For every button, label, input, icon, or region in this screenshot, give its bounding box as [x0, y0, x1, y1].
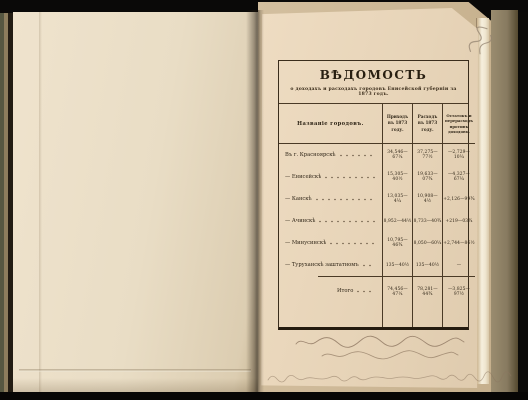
expense-cell: 10,908— 4½ [412, 188, 442, 210]
table-grid: Названіе городовъ. Приходъ въ 1873 году.… [279, 103, 468, 327]
city-name-cell: — Минусинскѣ [279, 232, 382, 254]
balance-cell: —4,327—67¼ [442, 166, 475, 188]
income-cell: 135—40½ [382, 254, 412, 276]
document-page: ВѢДОМОСТЬ о доходахъ и расходахъ городов… [260, 8, 478, 388]
scan-bottom-border [0, 392, 528, 400]
expense-cell: 8,050—60¼ [412, 232, 442, 254]
column-header-expense: Расходъ въ 1873 году. [412, 104, 442, 144]
column-header-cities: Названіе городовъ. [279, 104, 382, 144]
city-name: — Минусинскѣ [285, 240, 326, 246]
total-expense-cell: 78,281—44¾ [412, 276, 442, 306]
expense-cell: 8,733—40¾ [412, 210, 442, 232]
expense-cell: 37,275—77½ [412, 144, 442, 166]
gutter-shadow [246, 10, 264, 392]
leader-dots [363, 264, 375, 267]
empty-cell [279, 306, 382, 327]
bottom-handwriting [266, 368, 524, 390]
income-cell: 8,952—44½ [382, 210, 412, 232]
total-balance-cell: —3,825—97½ [442, 276, 475, 306]
expense-cell: 135—40½ [412, 254, 442, 276]
income-cell: 15,305—40½ [382, 166, 412, 188]
empty-cell [382, 306, 412, 327]
total-label-cell: Итого [279, 276, 382, 306]
city-name-cell: — Ачинскѣ [279, 210, 382, 232]
city-name-cell: Въ г. Красноярскѣ [279, 144, 382, 166]
city-name: — Канскѣ [285, 196, 312, 202]
page-stack-edges [0, 13, 13, 392]
leader-dots [325, 176, 375, 179]
income-cell: 13,035— 4¼ [382, 188, 412, 210]
page-fore-edge [476, 18, 489, 384]
empty-cell [442, 306, 475, 327]
city-name: Въ г. Красноярскѣ [285, 152, 336, 158]
statement-table: ВѢДОМОСТЬ о доходахъ и расходахъ городов… [278, 60, 469, 330]
pencil-scribble [448, 4, 512, 68]
column-header-income: Приходъ въ 1873 году. [382, 104, 412, 144]
income-cell: 34,546—67¼ [382, 144, 412, 166]
balance-cell: — [442, 254, 475, 276]
balance-cell: +2,744—86½ [442, 232, 475, 254]
left-blank-page [13, 12, 258, 392]
leader-dots [319, 220, 375, 223]
column-header-balance: Остатокъ и перерасходъ противъ доходовъ. [442, 104, 475, 144]
book-scan: ВѢДОМОСТЬ о доходахъ и расходахъ городов… [0, 0, 528, 400]
balance-cell: +2,126—99¾ [442, 188, 475, 210]
table-title: ВѢДОМОСТЬ [279, 61, 468, 82]
leader-dots [330, 242, 375, 245]
balance-cell: +219—03¾ [442, 210, 475, 232]
leader-dots [316, 198, 375, 201]
total-income-cell: 74,456—47¼ [382, 276, 412, 306]
empty-cell [412, 306, 442, 327]
city-name: — Ачинскѣ [285, 218, 315, 224]
leader-dots [357, 290, 375, 293]
city-name-cell: — Енисейскѣ [279, 166, 382, 188]
expense-cell: 19,633—07¾ [412, 166, 442, 188]
city-name-cell: — Туруханскѣ заштатномъ [279, 254, 382, 276]
city-name-cell: — Канскѣ [279, 188, 382, 210]
city-name: — Енисейскѣ [285, 174, 321, 180]
table-subtitle: о доходахъ и расходахъ городовъ Енисейск… [279, 82, 468, 103]
income-cell: 10,795—46¾ [382, 232, 412, 254]
balance-cell: —2,729—10¼ [442, 144, 475, 166]
total-label: Итого [337, 288, 353, 294]
leader-dots [340, 154, 375, 157]
signature-handwriting [292, 332, 472, 366]
page-crease [19, 369, 251, 372]
city-name: — Туруханскѣ заштатномъ [285, 262, 359, 268]
